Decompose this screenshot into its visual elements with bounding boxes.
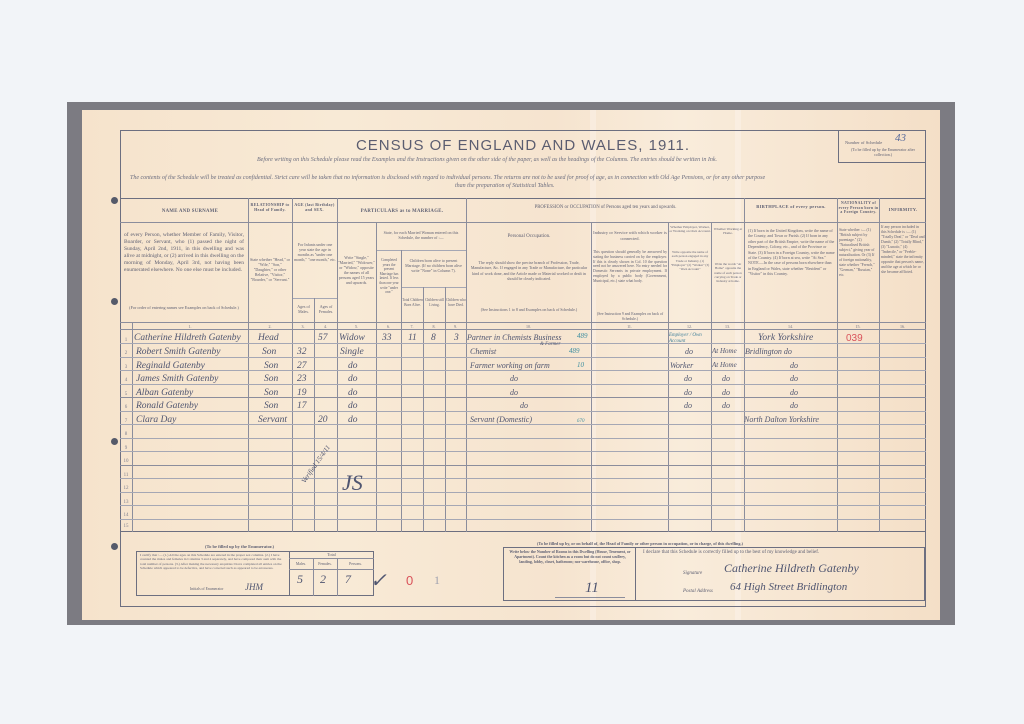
header-name-desc: of every Person, whether Member of Famil… (124, 232, 244, 274)
column-number: 10. (466, 324, 591, 329)
person-employer: Employer / Own Account (669, 333, 711, 345)
person-age-male: 19 (297, 388, 307, 398)
person-birthplace: do (790, 401, 798, 410)
header-personal-occupation: Personal Occupation. (467, 234, 591, 240)
person-occupation: do (510, 388, 518, 397)
header-age: AGE (last Birthday) and SEX. (293, 202, 336, 212)
punch-hole (111, 543, 118, 550)
row-number: 13 (121, 500, 131, 505)
occupier-heading: (To be filled up by, or on behalf of, th… (537, 541, 743, 546)
row-number: 1 (121, 338, 131, 343)
person-employer: do (684, 401, 692, 410)
column-number: 4. (314, 324, 337, 329)
occupation-code: 489 (569, 347, 580, 355)
header-divider (120, 329, 926, 330)
row-line (120, 424, 926, 425)
rooms-underline (555, 597, 625, 598)
rooms-count: 11 (585, 580, 599, 597)
header-at-home: Whether Working at Home. (712, 227, 744, 236)
person-birthplace: York Yorkshire (758, 333, 813, 343)
occupation-code: 670 (577, 419, 585, 424)
col-line (132, 322, 133, 532)
schedule-number-note: (To be filled up by the Enumerator after… (843, 147, 923, 157)
person-age-male: 27 (297, 361, 307, 371)
header-industry: Industry or Service with which worker is… (592, 230, 668, 241)
header-profession: PROFESSION or OCCUPATION of Persons aged… (467, 205, 744, 211)
children-total: 11 (408, 333, 417, 343)
postal-address-label: Postal Address (683, 589, 713, 594)
postal-address: 64 High Street Bridlington (730, 581, 847, 593)
confidential-line-2: than the preparation of Statistical Tabl… (455, 183, 555, 189)
header-industry-desc: This question should generally be answer… (593, 250, 667, 284)
person-at-home: At Home (712, 361, 737, 369)
person-relationship: Head (258, 333, 279, 343)
column-number: 2. (248, 324, 292, 329)
person-birthplace: do (790, 374, 798, 383)
header-children-living: Children still Living. (424, 298, 445, 307)
signature: Catherine Hildreth Gatenby (724, 561, 859, 576)
row-line (120, 505, 926, 506)
row-number: 10 (121, 459, 131, 464)
punch-hole (111, 298, 118, 305)
enumerator-certify: I certify that :— (1.) All the ages on t… (140, 553, 285, 570)
enumerator-initials-label: Initials of Enumerator (190, 587, 224, 592)
header-personal-occupation-desc: The reply should show the precise branch… (470, 260, 588, 282)
person-at-home: At Home (712, 347, 737, 355)
row-line (120, 384, 926, 385)
row-number: 12 (121, 486, 131, 491)
total-persons: 7 (345, 572, 351, 587)
person-name: Alban Gatenby (136, 388, 193, 398)
person-birthplace: do (790, 388, 798, 397)
occupation-code: 489 (577, 332, 588, 340)
header-relationship: RELATIONSHIP to Head of Family. (249, 202, 291, 212)
col-line (337, 198, 338, 532)
person-name: Catherine Hildreth Gatenby (134, 333, 241, 343)
row-number: 5 (121, 392, 131, 397)
person-marital: Single (340, 347, 364, 357)
col-line (401, 250, 402, 532)
person-employer: do (685, 347, 693, 356)
males-label: Males. (289, 562, 313, 567)
row-number: 4 (121, 378, 131, 383)
header-employer-desc: Write opposite the name of each person e… (669, 250, 711, 271)
row-line (120, 519, 926, 520)
row-line (120, 478, 926, 479)
person-marital: do (348, 388, 358, 398)
person-occupation-2: & Farmer (540, 342, 560, 347)
column-number: 16. (879, 324, 926, 329)
row-line (120, 465, 926, 466)
total-females: 2 (320, 572, 326, 587)
header-personal-occupation-note: (See Instructions 1 to 8 and Examples on… (470, 307, 588, 312)
person-age-female: 57 (318, 333, 328, 343)
person-occupation: Farmer working on farm (470, 361, 550, 370)
col-line (591, 222, 592, 532)
row-line (120, 343, 926, 344)
signature-label: Signature (683, 571, 702, 576)
header-at-home-desc: Write the words "At Home" opposite the n… (712, 262, 744, 283)
declaration: I declare that this Schedule is correctl… (643, 550, 819, 555)
verification-initials: JS (342, 470, 363, 496)
col-line (466, 198, 467, 532)
column-number: 14. (744, 324, 837, 329)
person-employer: do (684, 388, 692, 397)
header-nationality: NATIONALITY of every Person born in a Fo… (838, 201, 879, 215)
header-age-desc: For Infants under one year state the age… (294, 242, 336, 262)
header-name: NAME AND SURNAME (132, 209, 248, 215)
row-number: 7 (121, 419, 131, 424)
row-line (120, 357, 926, 358)
column-number: 11. (591, 324, 668, 329)
person-relationship: Servant (258, 415, 287, 425)
header-birthplace: BIRTHPLACE of every person. (745, 204, 837, 210)
person-occupation: do (510, 374, 518, 383)
column-number: 7. (401, 324, 423, 329)
column-number: 13. (711, 324, 744, 329)
row-line (120, 370, 926, 371)
col-line (879, 198, 880, 532)
row-number: 11 (121, 473, 131, 478)
person-relationship: Son (264, 374, 278, 384)
col-line (744, 198, 745, 532)
row-line (289, 569, 374, 570)
person-age-male: 23 (297, 374, 307, 384)
person-relationship: Son (262, 347, 276, 357)
page-title: CENSUS OF ENGLAND AND WALES, 1911. (120, 137, 926, 154)
header-completed-years: Completed years the present Marriage has… (377, 258, 401, 295)
header-relationship-desc: State whether "Head," or "Wife," "Son," … (250, 257, 290, 282)
person-age-male: 17 (297, 401, 307, 411)
col-line (314, 298, 315, 532)
header-married-woman: State, for each Married Woman entered on… (377, 230, 465, 240)
row-line (120, 397, 926, 398)
person-occupation: Chemist (470, 347, 496, 356)
person-birthplace: Bridlington do (745, 347, 792, 356)
header-marital-desc: Write "Single," "Married," "Widower," or… (338, 255, 375, 285)
row-number: 14 (121, 513, 131, 518)
header-employer: Whether Employer, Worker, or Working on … (669, 225, 711, 234)
column-number: 5. (337, 324, 376, 329)
header-total-children: Total Children Born Alive. (402, 298, 423, 307)
row-line (120, 451, 926, 452)
rooms-desc: Write below the Number of Rooms in this … (508, 550, 632, 564)
total-label: Total (289, 552, 374, 557)
red-mark: 0 (406, 573, 413, 588)
schedule-number-box: Number of Schedule 43 (To be filled up b… (838, 130, 926, 163)
header-industry-note: (See Instruction 9 and Examples on back … (593, 312, 667, 321)
person-name: Ronald Gatenby (136, 401, 198, 411)
column-number: 8. (423, 324, 445, 329)
person-age-female: 20 (318, 415, 328, 425)
person-marital: do (348, 374, 358, 384)
persons-label: Persons. (337, 562, 374, 567)
row-number: 15 (121, 524, 131, 529)
header-divider (120, 222, 926, 223)
person-marital: do (348, 415, 358, 425)
row-line (289, 558, 374, 559)
header-children-died: Children who have Died. (446, 298, 466, 307)
row-number: 6 (121, 405, 131, 410)
total-males: 5 (297, 572, 303, 587)
children-living: 8 (431, 333, 436, 343)
person-name: Reginald Gatenby (136, 361, 205, 371)
person-employer: Worker (670, 361, 693, 370)
confidential-line: The contents of the Schedule will be tre… (130, 175, 765, 181)
person-marital: do (348, 361, 358, 371)
header-divider (376, 250, 466, 251)
punch-hole (111, 438, 118, 445)
person-name: James Smith Gatenby (136, 374, 218, 384)
header-birthplace-desc: (1) If born in the United Kingdom, write… (748, 228, 835, 277)
row-number: 2 (121, 351, 131, 356)
column-number: 3. (292, 324, 314, 329)
marriage-years: 33 (382, 333, 392, 343)
enumerator-initials: JHM (245, 582, 263, 592)
col-line (635, 547, 636, 601)
person-occupation: do (520, 401, 528, 410)
header-divider (120, 322, 926, 323)
header-ages-females: Ages of Females. (315, 304, 337, 314)
person-birthplace: North Dalton Yorkshire (744, 415, 819, 424)
row-line (120, 411, 926, 412)
column-number: 15. (837, 324, 879, 329)
column-number: 1. (132, 324, 248, 329)
person-age-male: 32 (297, 347, 307, 357)
col-line (248, 198, 249, 532)
nationality-code: 039 (846, 333, 863, 344)
enumerator-heading: (To be filled up by the Enumerator.) (205, 544, 274, 549)
column-number: 9. (445, 324, 466, 329)
header-infirmity: INFIRMITY. (880, 207, 926, 213)
grey-mark: 1 (434, 573, 440, 588)
header-divider (401, 287, 466, 288)
person-at-home: do (722, 401, 730, 410)
row-line (120, 492, 926, 493)
row-line (120, 438, 926, 439)
instruction-line: Before writing on this Schedule please r… (257, 157, 717, 163)
column-number: 12. (668, 324, 711, 329)
person-birthplace: do (790, 361, 798, 370)
females-label: Females. (313, 562, 337, 567)
person-occupation: Partner in Chemists Business (467, 333, 561, 342)
person-relationship: Son (264, 401, 278, 411)
header-name-note: (For order of entering names see Example… (124, 305, 244, 311)
person-marital: Widow (339, 333, 365, 343)
person-marital: do (348, 401, 358, 411)
person-name: Clara Day (136, 415, 176, 425)
col-line (292, 198, 293, 532)
header-infirmity-desc: If any person included in this Schedule … (881, 225, 925, 275)
col-line (837, 198, 838, 532)
person-employer: do (684, 374, 692, 383)
children-died: 3 (454, 333, 459, 343)
header-marriage: PARTICULARS as to MARRIAGE. (338, 209, 466, 215)
person-at-home: do (722, 374, 730, 383)
person-relationship: Son (264, 361, 278, 371)
column-number: 6. (376, 324, 401, 329)
check-mark: ✓ (370, 568, 387, 593)
row-number: 3 (121, 365, 131, 370)
schedule-number: 43 (895, 132, 906, 144)
punch-hole (111, 197, 118, 204)
person-occupation: Servant (Domestic) (470, 415, 532, 424)
header-nationality-desc: State whether :— (1) "British subject by… (839, 228, 878, 278)
person-at-home: do (722, 388, 730, 397)
row-number: 9 (121, 446, 131, 451)
header-ages-males: Ages of Males. (293, 304, 314, 314)
occupation-code: 10 (577, 361, 584, 369)
header-children-born: Children born alive to present Marriage.… (402, 258, 465, 273)
person-relationship: Son (264, 388, 278, 398)
row-number: 8 (121, 432, 131, 437)
schedule-number-label: Number of Schedule (845, 140, 882, 145)
person-name: Robert Smith Gatenby (136, 347, 220, 357)
